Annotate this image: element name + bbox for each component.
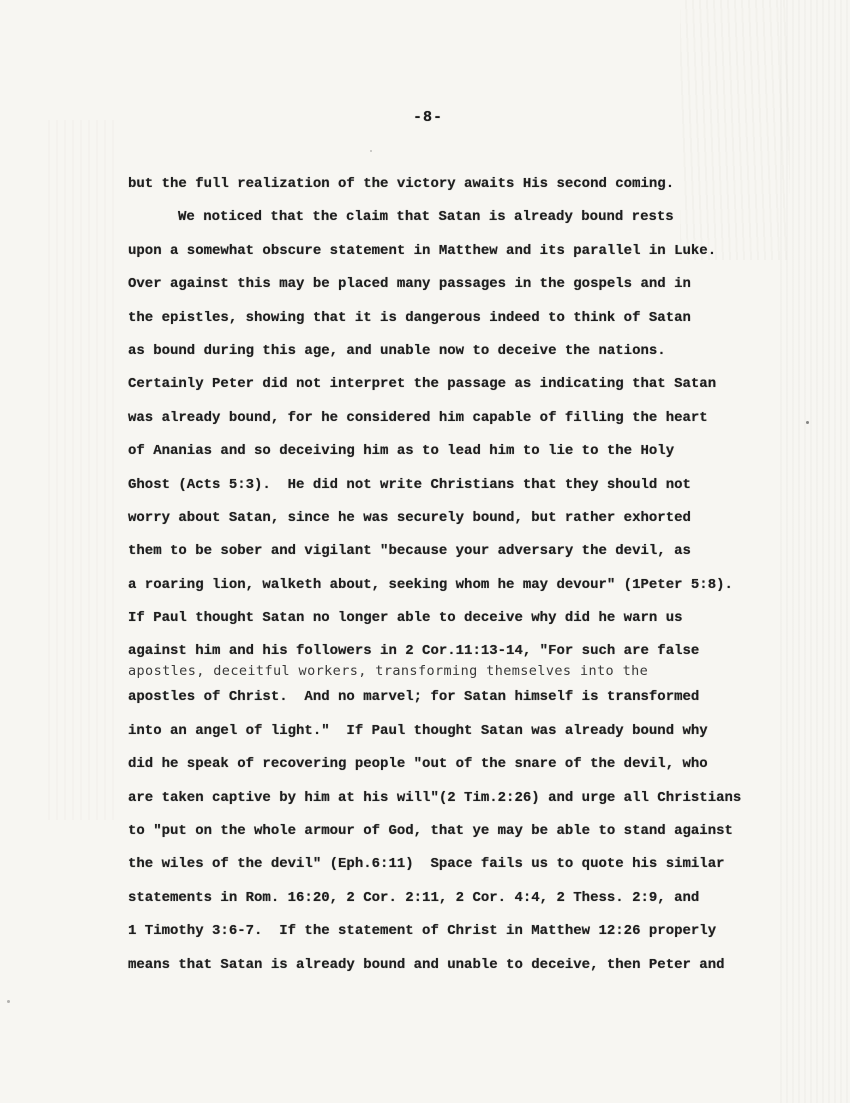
text-line: as bound during this age, and unable now… [128, 343, 788, 376]
paper-speck [806, 421, 809, 424]
text-line: Certainly Peter did not interpret the pa… [128, 376, 788, 409]
paper-texture [780, 0, 850, 1103]
text-line: into an angel of light." If Paul thought… [128, 723, 788, 756]
page-number: -8- [0, 109, 850, 126]
text-line: apostles of Christ. And no marvel; for S… [128, 689, 788, 722]
text-line: the wiles of the devil" (Eph.6:11) Space… [128, 856, 788, 889]
text-line: worry about Satan, since he was securely… [128, 510, 788, 543]
text-line: We noticed that the claim that Satan is … [128, 209, 788, 242]
text-line: are taken captive by him at his will"(2 … [128, 790, 788, 823]
text-line-inserted: apostles, deceitful workers, transformin… [128, 663, 788, 689]
text-line: upon a somewhat obscure statement in Mat… [128, 243, 788, 276]
text-line: was already bound, for he considered him… [128, 410, 788, 443]
text-line: a roaring lion, walketh about, seeking w… [128, 577, 788, 610]
text-line: of Ananias and so deceiving him as to le… [128, 443, 788, 476]
paper-speck [7, 1000, 10, 1003]
document-page: -8- but the full realization of the vict… [0, 0, 850, 1103]
page-body: but the full realization of the victory … [128, 176, 788, 990]
paper-speck [370, 150, 372, 152]
text-line: against him and his followers in 2 Cor.1… [128, 643, 788, 663]
text-line: 1 Timothy 3:6-7. If the statement of Chr… [128, 923, 788, 956]
text-line: the epistles, showing that it is dangero… [128, 310, 788, 343]
text-line: Over against this may be placed many pas… [128, 276, 788, 309]
text-line: but the full realization of the victory … [128, 176, 788, 209]
text-line: to "put on the whole armour of God, that… [128, 823, 788, 856]
text-line: statements in Rom. 16:20, 2 Cor. 2:11, 2… [128, 890, 788, 923]
text-line: means that Satan is already bound and un… [128, 957, 788, 990]
text-line: them to be sober and vigilant "because y… [128, 543, 788, 576]
paper-texture [48, 120, 118, 820]
text-line: If Paul thought Satan no longer able to … [128, 610, 788, 643]
text-line: Ghost (Acts 5:3). He did not write Chris… [128, 477, 788, 510]
text-line: did he speak of recovering people "out o… [128, 756, 788, 789]
